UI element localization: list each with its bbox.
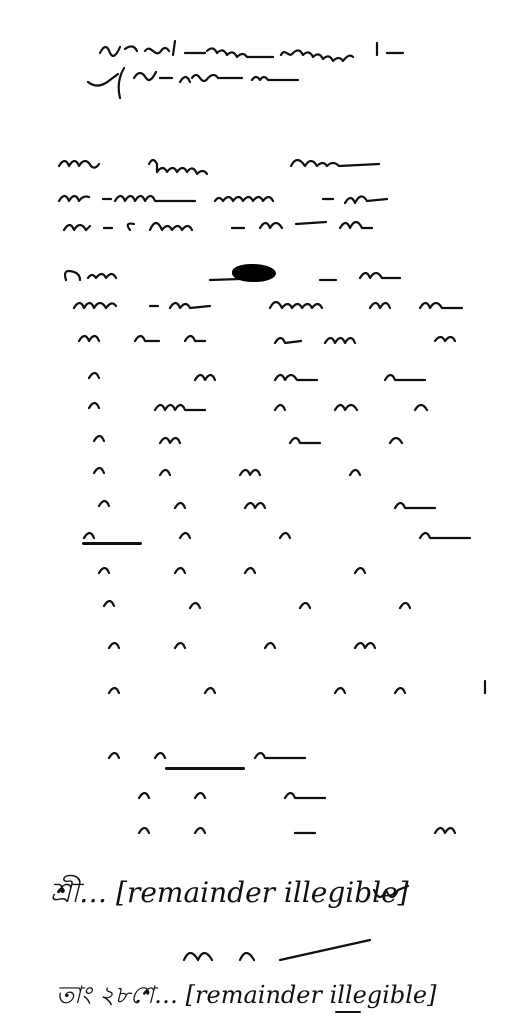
body-line-9: [illegible] xyxy=(90,425,470,453)
body-line-5: [illegible] xyxy=(70,290,490,320)
body-line-7: [illegible] xyxy=(85,362,485,390)
body-line-6: [illegible] xyxy=(75,325,490,353)
signature-marginal-note: [illegible] xyxy=(370,880,430,910)
handwriting-stroke xyxy=(85,392,465,420)
handwriting-stroke xyxy=(370,880,430,910)
handwriting-stroke xyxy=(80,520,500,550)
manuscript-page: [illegible heading line] [illegible head… xyxy=(0,0,517,1024)
handwriting-stroke xyxy=(180,930,400,975)
double-underline-stroke xyxy=(335,1011,361,1013)
body-line-3: [illegible] xyxy=(60,212,415,242)
handwriting-stroke xyxy=(95,555,475,585)
handwriting-stroke xyxy=(55,150,415,176)
body-line-2: [illegible] xyxy=(55,185,415,211)
handwriting-stroke xyxy=(90,457,470,485)
handwriting-stroke xyxy=(135,815,515,845)
body-line-13: [illegible] xyxy=(95,555,475,585)
handwriting-stroke xyxy=(105,675,515,705)
underline-stroke xyxy=(82,542,142,545)
handwriting-stroke xyxy=(55,185,415,211)
body-line-4: [illegible — contains ink blot] xyxy=(60,262,430,290)
closing-line-2: [illegible — appears to contain a date w… xyxy=(105,675,515,705)
underline-stroke xyxy=(165,767,245,770)
body-line-1: [illegible] xyxy=(55,150,415,176)
body-line-14: [illegible] xyxy=(100,590,480,618)
signature-second-line: [illegible] xyxy=(180,930,400,975)
handwriting-stroke xyxy=(135,780,455,810)
signature-date: তাং ২৮শে… [remainder illegible] xyxy=(56,981,436,1009)
handwriting-stroke xyxy=(75,325,490,353)
postscript-line-3: [illegible] xyxy=(135,815,515,845)
body-line-12: [illegible] xyxy=(80,520,500,550)
handwriting-stroke xyxy=(95,490,485,518)
handwriting-stroke xyxy=(105,740,405,770)
signature-date-line: তাং ২৮শে… [remainder illegible] xyxy=(50,975,515,1015)
handwriting-stroke xyxy=(100,590,480,618)
handwriting-stroke xyxy=(60,212,415,242)
handwriting-stroke xyxy=(70,290,490,320)
signature-name: শ্রী… [remainder illegible] xyxy=(50,876,409,910)
ink-blot xyxy=(232,264,276,282)
header-line-2: [illegible heading line] xyxy=(80,60,380,100)
body-line-11: [illegible] xyxy=(95,490,485,518)
body-line-10: [illegible] xyxy=(90,457,470,485)
handwriting-stroke xyxy=(105,630,485,660)
handwriting-stroke xyxy=(80,60,380,100)
signature-name-line: শ্রী… [remainder illegible] xyxy=(40,870,340,915)
postscript-line-1: [illegible — partly underlined] xyxy=(105,740,405,770)
body-line-8: [illegible] xyxy=(85,392,465,420)
closing-line-1: [illegible] xyxy=(105,630,485,660)
handwriting-stroke xyxy=(90,425,470,453)
handwriting-stroke xyxy=(85,362,485,390)
postscript-line-2: [illegible] xyxy=(135,780,455,810)
